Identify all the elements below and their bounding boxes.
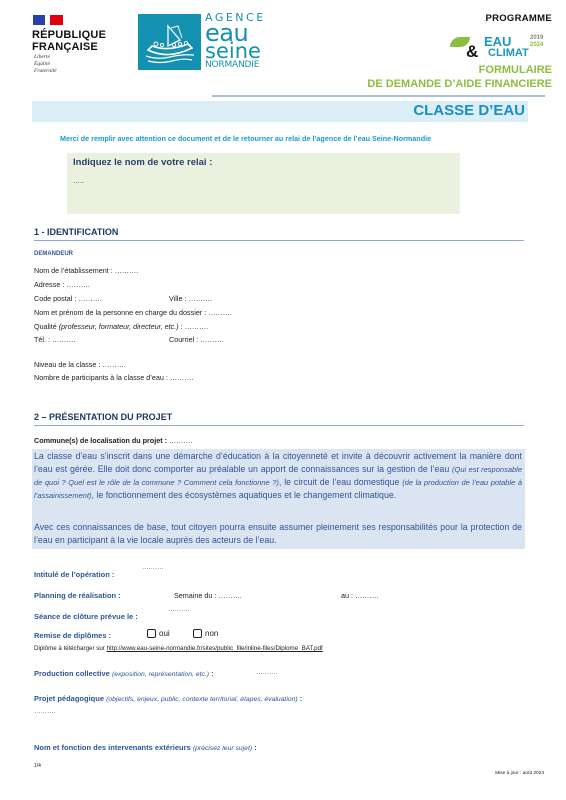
intervenants-label-text: Nom et fonction des intervenants extérie… <box>34 743 191 752</box>
non-label: non <box>205 629 218 638</box>
pedago-colon: : <box>298 694 303 703</box>
planning-label: Planning de réalisation : <box>34 591 121 600</box>
intitule-label: Intitulé de l’opération : <box>34 570 114 579</box>
agence-eau-logo: AGENCE eau seine NORMANDIE <box>205 12 266 70</box>
oui-label: oui <box>159 629 170 638</box>
diplome-download-line: Diplôme à télécharger sur http://www.eau… <box>34 645 323 652</box>
pedago-label: Projet pédagogique (objectifs, enjeux, p… <box>34 694 302 703</box>
intervenants-colon: : <box>252 743 257 752</box>
form-title-line2: DE DEMANDE D’AIDE FINANCIERE <box>367 77 552 91</box>
rf-motto: Liberté Égalité Fraternité <box>34 54 57 75</box>
diplomes-label: Remise de diplômes : <box>34 631 111 640</box>
normandie-label: NORMANDIE <box>205 61 266 70</box>
qualite-value[interactable]: : ………. <box>179 322 209 331</box>
intitule-field[interactable]: ………. <box>142 564 163 571</box>
french-flag-icon <box>33 15 63 25</box>
page-title: CLASSE D’EAU <box>413 102 525 119</box>
form-title-line1: FORMULAIRE <box>367 63 552 77</box>
intervenants-hint: (précisez leur sujet) <box>193 745 252 752</box>
oui-checkbox[interactable] <box>147 629 156 638</box>
republique-francaise-logo: RÉPUBLIQUE FRANÇAISE <box>32 29 106 53</box>
courriel-field[interactable]: Courriel : ………. <box>169 335 224 344</box>
production-label: Production collective (exposition, repré… <box>34 669 214 678</box>
participants-field[interactable]: Nombre de participants à la classe d’eau… <box>34 373 193 382</box>
diplomes-non-option[interactable]: non <box>193 629 218 638</box>
relai-input-box[interactable]: Indiquez le nom de votre relai : ….. <box>67 153 460 214</box>
last-updated: Mise à jour : août 2023 <box>495 771 544 776</box>
diplomes-oui-option[interactable]: oui <box>147 629 170 638</box>
production-field[interactable]: ………. <box>256 669 277 676</box>
diplome-download-link[interactable]: http://www.eau-seine-normandie.fr/sites/… <box>107 645 323 652</box>
qualite-hint: (professeur, formateur, directeur, etc.) <box>59 322 179 331</box>
tel-field[interactable]: Tél. : ………. <box>34 335 76 344</box>
pedago-label-text: Projet pédagogique <box>34 694 104 703</box>
motto-liberte: Liberté <box>34 54 57 61</box>
download-prefix: Diplôme à télécharger sur <box>34 645 107 652</box>
seine-label: seine <box>205 41 266 62</box>
commune-value[interactable]: ………. <box>167 436 193 445</box>
section-divider <box>34 240 524 241</box>
section-identification-heading: 1 - IDENTIFICATION <box>34 227 118 237</box>
section-divider <box>34 425 524 426</box>
motto-egalite: Égalité <box>34 61 57 68</box>
ampersand: & <box>466 42 478 62</box>
years-start: 2019 <box>530 35 543 42</box>
semaine-du-field[interactable]: Semaine du : ………. <box>174 591 242 600</box>
relai-label: Indiquez le nom de votre relai : <box>73 157 212 168</box>
section-presentation-heading: 2 – PRÉSENTATION DU PROJET <box>34 412 172 422</box>
production-hint: (exposition, représentation, etc.) <box>112 671 209 678</box>
description-paragraph-2: Avec ces connaissances de base, tout cit… <box>34 521 522 547</box>
non-checkbox[interactable] <box>193 629 202 638</box>
adresse-field[interactable]: Adresse : ………. <box>34 280 90 289</box>
commune-label: Commune(s) de localisation du projet : <box>34 436 167 445</box>
pedago-field[interactable]: ………. <box>34 708 55 715</box>
code-postal-field[interactable]: Code postal : ………. <box>34 294 102 303</box>
production-label-text: Production collective <box>34 669 110 678</box>
intervenants-label: Nom et fonction des intervenants extérie… <box>34 743 257 752</box>
title-band: CLASSE D’EAU <box>32 101 528 122</box>
rf-name-line1: RÉPUBLIQUE <box>32 29 106 41</box>
commune-field[interactable]: Commune(s) de localisation du projet : …… <box>34 436 193 445</box>
demandeur-subheading: DEMANDEUR <box>34 251 73 257</box>
project-description-block: La classe d’eau s’inscrit dans une démar… <box>32 449 525 549</box>
niveau-field[interactable]: Niveau de la classe : ………. <box>34 360 126 369</box>
boat-logo-icon <box>138 14 201 70</box>
form-title: FORMULAIRE DE DEMANDE D’AIDE FINANCIERE <box>367 63 552 91</box>
cloture-label: Séance de clôture prévue le : <box>34 612 138 621</box>
years-end: 2024 <box>530 42 543 49</box>
production-colon: : <box>209 669 214 678</box>
relai-field[interactable]: ….. <box>73 178 84 185</box>
rf-name-line2: FRANÇAISE <box>32 41 106 53</box>
qualite-field[interactable]: Qualité (professeur, formateur, directeu… <box>34 322 208 331</box>
motto-fraternite: Fraternité <box>34 68 57 75</box>
programme-label: PROGRAMME <box>452 13 552 24</box>
pedago-hint: (objectifs, enjeux, public, contexte ter… <box>106 696 298 703</box>
programme-eau-climat-logo: PROGRAMME EAU 2019 2024 & CLIMAT <box>452 13 552 58</box>
intro-instruction: Merci de remplir avec attention ce docum… <box>60 134 431 143</box>
ville-field[interactable]: Ville : ………. <box>169 294 212 303</box>
page-number: 1/4 <box>34 763 41 769</box>
description-paragraph-1: La classe d’eau s’inscrit dans une démar… <box>34 450 522 502</box>
etablissement-field[interactable]: Nom de l’établissement : ………. <box>34 266 138 275</box>
au-field[interactable]: au : ………. <box>341 591 379 600</box>
para1-text-c: , le circuit de l’eau domestique <box>279 477 402 487</box>
para1-text-e: , le fonctionnement des écosystèmes aqua… <box>92 490 397 500</box>
qualite-label: Qualité <box>34 322 57 331</box>
programme-climat-label: CLIMAT <box>488 47 529 59</box>
para1-text-a: La classe d’eau s’inscrit dans une démar… <box>34 451 522 474</box>
header-divider <box>212 95 545 97</box>
programme-years: 2019 2024 <box>530 35 543 49</box>
cloture-field[interactable]: ………. <box>168 606 189 613</box>
responsable-field[interactable]: Nom et prénom de la personne en charge d… <box>34 308 232 317</box>
